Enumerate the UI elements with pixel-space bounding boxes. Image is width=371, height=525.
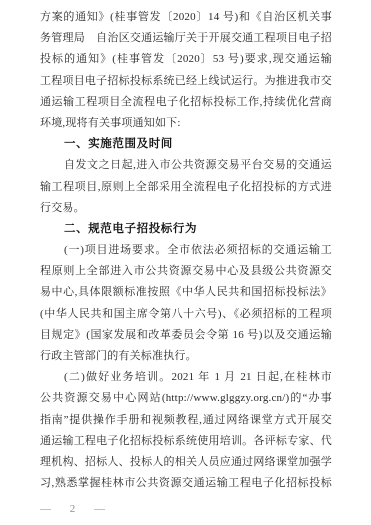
text-line: 方案的通知》(桂事管发〔2020〕14 号)和《自治区机关事 <box>40 7 332 28</box>
section-heading: 一、实施范围及时间 <box>40 134 332 155</box>
text-line: 程原则上全部进入市公共资源交易中心及县级公共资源交 <box>40 261 332 282</box>
text-line: 通运输工程项目全流程电子化招标投标工作,持续优化营商 <box>40 92 332 113</box>
document-page: 方案的通知》(桂事管发〔2020〕14 号)和《自治区机关事务管理局 自治区交通… <box>0 0 371 525</box>
text-line: 指南”提供操作手册和视频教程,通过网络课堂方式开展交 <box>40 410 332 431</box>
text-line: (中华人民共和国主席令第八十六号)、《必须招标的工程项 <box>40 304 332 325</box>
text-line: 行交易。 <box>40 198 332 219</box>
text-line: 习,熟悉掌握桂林市公共资源交通运输工程电子化招标投标 <box>40 473 332 494</box>
document-body: 方案的通知》(桂事管发〔2020〕14 号)和《自治区机关事务管理局 自治区交通… <box>40 7 332 494</box>
text-line: 易中心,具体限额标准按照《中华人民共和国招标投标法》 <box>40 282 332 303</box>
text-line: (二)做好业务培训。2021 年 1 月 21 日起,在桂林市 <box>40 367 332 388</box>
text-line: 工程项目电子招标投标系统已经上线试运行。为推进我市交 <box>40 71 332 92</box>
text-line: 环境,现将有关事项通知如下: <box>40 113 332 134</box>
text-line: 理机构、招标人、投标人的相关人员应通过网络课堂加强学 <box>40 452 332 473</box>
text-line: 输工程项目,原则上全部采用全流程电子化招投标的方式进 <box>40 177 332 198</box>
text-line: 公共资源交易中心网站(http://www.glggzy.org.cn/)的“办… <box>40 388 332 409</box>
page-number: — 2 — <box>40 503 106 515</box>
text-line: 投标的通知》(桂事管发〔2020〕53 号)要求,现交通运输 <box>40 49 332 70</box>
text-line: 务管理局 自治区交通运输厅关于开展交通工程项目电子招 <box>40 28 332 49</box>
text-line: 目规定》(国家发展和改革委员会令第 16 号)以及交通运输 <box>40 325 332 346</box>
text-line: 通运输工程电子化招标投标系统使用培训。各评标专家、代 <box>40 431 332 452</box>
text-line: 行政主管部门的有关标准执行。 <box>40 346 332 367</box>
text-line: 自发文之日起,进入市公共资源交易平台交易的交通运 <box>40 155 332 176</box>
section-heading: 二、规范电子招投标行为 <box>40 219 332 240</box>
text-line: (一)项目进场要求。全市依法必须招标的交通运输工 <box>40 240 332 261</box>
